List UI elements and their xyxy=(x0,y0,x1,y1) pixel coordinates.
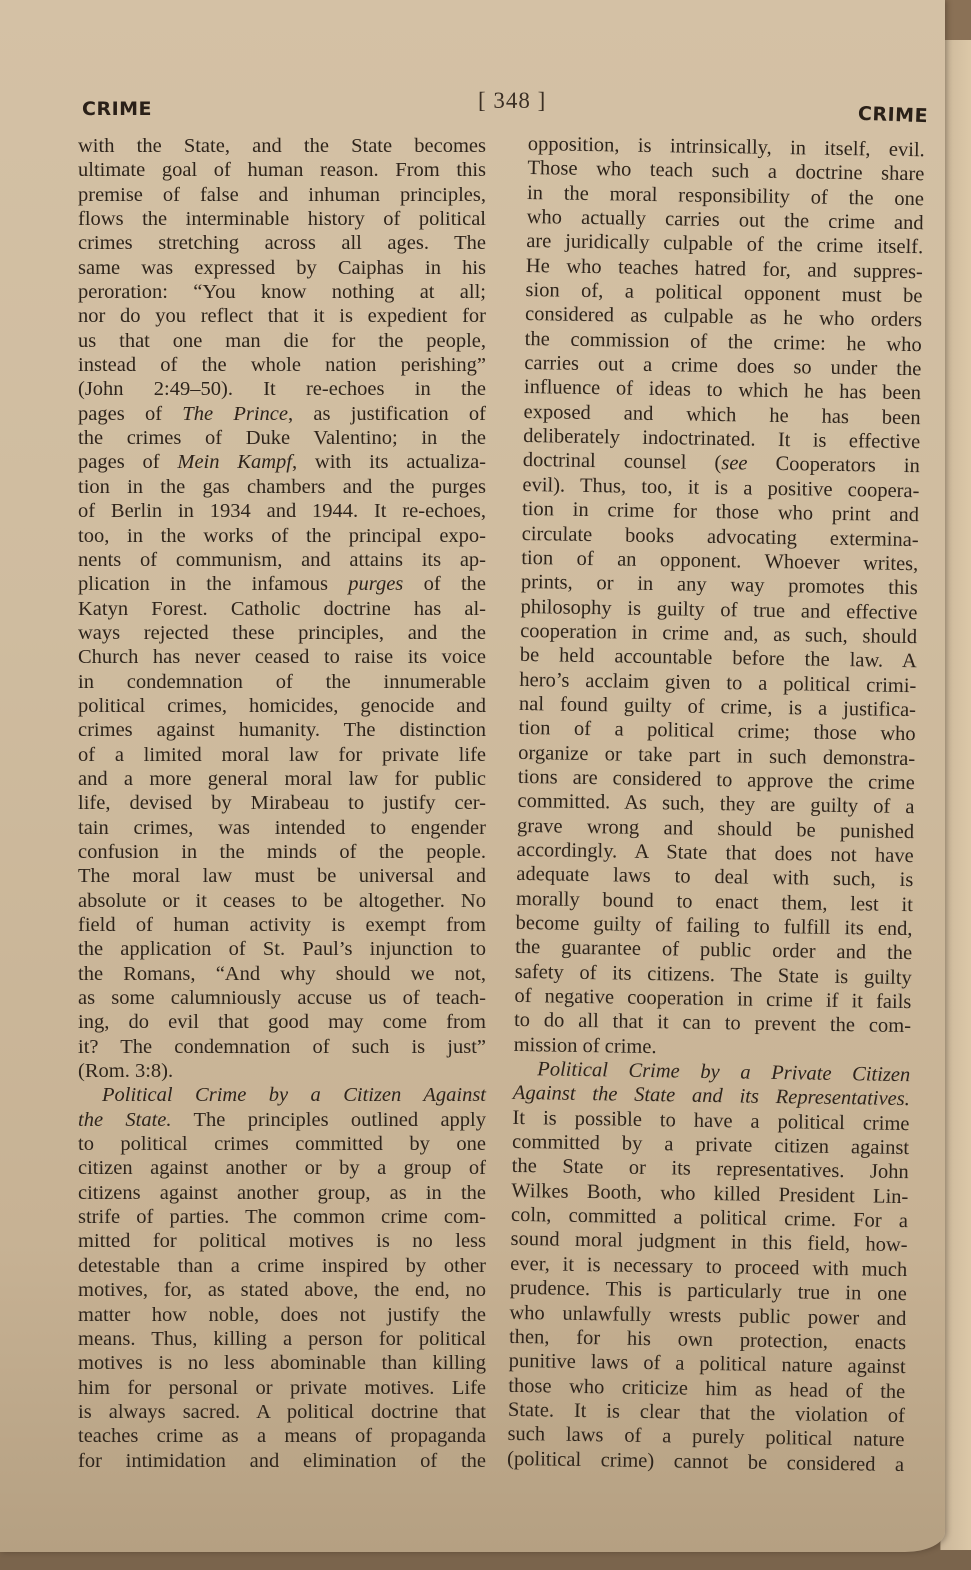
text-line: citizen against another or by a group of xyxy=(78,1156,486,1180)
text-line: field of human activity is exempt from xyxy=(78,913,486,937)
text-line: premise of false and inhuman principles, xyxy=(78,183,486,207)
text-line: means. Thus, killing a person for politi… xyxy=(78,1327,486,1351)
text-line: same was expressed by Caiphas in his xyxy=(78,256,486,280)
text-line: of Berlin in 1934 and 1944. It re-echoes… xyxy=(78,499,486,523)
left-column: with the State, and the State becomes ul… xyxy=(78,134,486,1473)
text-line: absolute or it ceases to be altogether. … xyxy=(78,889,486,913)
book-page: CRIME [ 348 ] CRIME with the State, and … xyxy=(0,0,945,1552)
text-line: to political crimes committed by one xyxy=(78,1132,486,1156)
text-line: for intimidation and elimination of the xyxy=(78,1449,486,1473)
text-run: pages of xyxy=(78,451,177,473)
text-line: plication in the infamous purges of the xyxy=(78,572,486,596)
text-line: crimes against humanity. The distinction xyxy=(78,718,486,742)
text-line: in condemnation of the innumerable xyxy=(78,670,486,694)
text-run: plication in the infamous xyxy=(78,573,348,595)
text-line: instead of the whole nation perishing” xyxy=(78,353,486,377)
text-line: motives is no less abominable than killi… xyxy=(78,1351,486,1375)
text-line: ultimate goal of human reason. From this xyxy=(78,158,486,182)
text-line: detestable than a crime inspired by othe… xyxy=(78,1254,486,1278)
text-line: political crimes, homicides, genocide an… xyxy=(78,694,486,718)
right-column: opposition, is intrinsically, in itself,… xyxy=(507,132,925,1477)
running-head-right: CRIME xyxy=(858,103,929,127)
text-line: citizens against another group, as in th… xyxy=(78,1181,486,1205)
text-line: ways rejected these principles, and the xyxy=(78,621,486,645)
text-line: mitted for political motives is no less xyxy=(78,1229,486,1253)
text-run: pages of xyxy=(78,403,182,425)
text-run: Cooperators in xyxy=(747,453,920,478)
running-head-left: CRIME xyxy=(82,98,152,120)
text-line: flows the interminable history of politi… xyxy=(78,207,486,231)
text-line: Church has never ceased to raise its voi… xyxy=(78,645,486,669)
text-line: matter how noble, does not justify the xyxy=(78,1303,486,1327)
text-line: tion in the gas chambers and the purges xyxy=(78,475,486,499)
text-line: peroration: “You know nothing at all; xyxy=(78,280,486,304)
text-line: crimes stretching across all ages. The xyxy=(78,231,486,255)
text-line: us that one man die for the people, xyxy=(78,329,486,353)
text-line: the application of St. Paul’s injunction… xyxy=(78,937,486,961)
text-line: the crimes of Duke Valentino; in the xyxy=(78,426,486,450)
book-title-the-prince: The Prince xyxy=(182,403,288,425)
text-line: the Romans, “And why should we not, xyxy=(78,962,486,986)
text-line: teaches crime as a means of propaganda xyxy=(78,1424,486,1448)
page-number: [ 348 ] xyxy=(478,88,546,114)
section-heading-tail: the State. xyxy=(78,1109,172,1131)
text-run: of the xyxy=(403,573,486,595)
text-line: Katyn Forest. Catholic doctrine has al- xyxy=(78,597,486,621)
cross-reference-see: see xyxy=(721,453,748,475)
text-line: as some calumniously accuse us of teach- xyxy=(78,986,486,1010)
text-line: it? The condemnation of such is just” xyxy=(78,1035,486,1059)
text-run: The principles outlined apply xyxy=(172,1109,486,1131)
text-line: the State. The principles outlined apply xyxy=(78,1108,486,1132)
text-line: is always sacred. A political doctrine t… xyxy=(78,1400,486,1424)
text-line: life, devised by Mirabeau to justify cer… xyxy=(78,791,486,815)
text-line: tain crimes, was intended to engender xyxy=(78,816,486,840)
emphasis-purges: purges xyxy=(348,573,403,595)
text-line: him for personal or private motives. Lif… xyxy=(78,1376,486,1400)
text-line: and a more general moral law for public xyxy=(78,767,486,791)
text-line: pages of Mein Kampf, with its actualiza- xyxy=(78,450,486,474)
text-line: motives, for, as stated above, the end, … xyxy=(78,1278,486,1302)
text-line: ing, do evil that good may come from xyxy=(78,1010,486,1034)
text-line: (Rom. 3:8). xyxy=(78,1059,486,1083)
text-line: confusion in the minds of the people. xyxy=(78,840,486,864)
text-line: strife of parties. The common crime com- xyxy=(78,1205,486,1229)
text-line: (John 2:49–50). It re-echoes in the xyxy=(78,377,486,401)
text-line: pages of The Prince, as justification of xyxy=(78,402,486,426)
text-run: , as justification of xyxy=(288,403,486,425)
text-line: The moral law must be universal and xyxy=(78,864,486,888)
text-line: of a limited moral law for private life xyxy=(78,743,486,767)
text-run: , with its actualiza- xyxy=(292,451,486,473)
text-line: nor do you reflect that it is expedient … xyxy=(78,304,486,328)
text-line: too, in the works of the principal expo- xyxy=(78,524,486,548)
text-line: nents of communism, and attains its ap- xyxy=(78,548,486,572)
book-title-mein-kampf: Mein Kampf xyxy=(177,451,292,473)
section-heading-citizen-against-state: Political Crime by a Citizen Against xyxy=(78,1083,486,1107)
text-line: with the State, and the State becomes xyxy=(78,134,486,158)
text-run: doctrinal counsel ( xyxy=(523,449,722,474)
